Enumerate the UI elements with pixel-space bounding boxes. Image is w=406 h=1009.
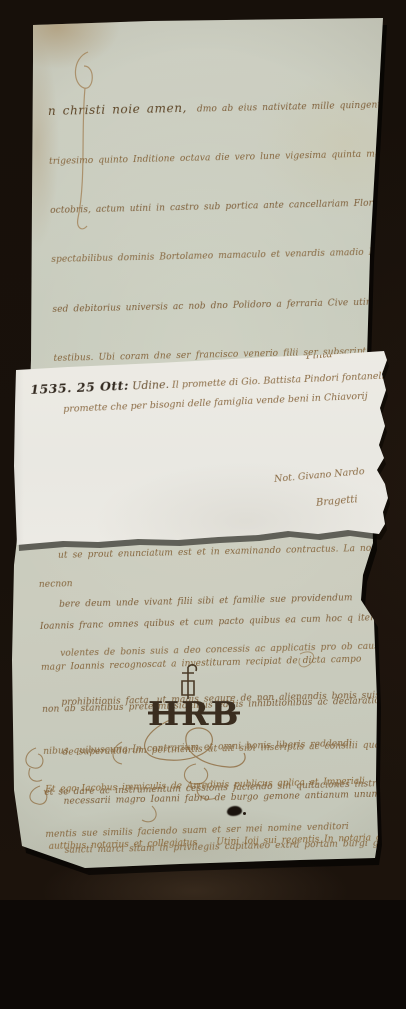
manuscript-line: auttibus notarius et collegiatus Utini I… bbox=[46, 828, 406, 857]
manuscript-line: in dicto confinio a meridie et baldassar… bbox=[66, 884, 406, 900]
notarial-subscription: Et ego Iacobus immiculis de Arredinis pu… bbox=[44, 733, 406, 900]
manuscript-line: sed debitorius universis ac nob dno Poli… bbox=[52, 293, 406, 318]
manuscript-line: n christi noie amen, dmo ab eius nativit… bbox=[48, 94, 406, 121]
manuscript-line: In hanc publicam formam redegi subscrips… bbox=[48, 885, 406, 900]
incipit-text: n christi noie amen, bbox=[48, 101, 187, 118]
manuscript-line: trigesimo quinto Inditione octava die ve… bbox=[49, 146, 406, 171]
paper-slip-overlay: Pinta 1535. 25 Ott: Udine. Il promette d… bbox=[8, 346, 404, 552]
manuscript-line: spectabilibus dominis Bortolameo mamacul… bbox=[51, 244, 406, 269]
manuscript-line: octobris, actum utini in castro sub port… bbox=[50, 195, 406, 220]
manuscript-line: Et ego Iacobus immiculis de Arredinis pu… bbox=[45, 771, 406, 800]
manuscript-line: necnon bbox=[39, 570, 378, 593]
notary-surname: Bragetti bbox=[316, 494, 358, 509]
notary-signature: Not. Givano Nardo bbox=[274, 466, 365, 485]
photo-backdrop: n christi noie amen, dmo ab eius nativit… bbox=[0, 0, 406, 900]
ink-blot-dot bbox=[243, 812, 246, 815]
annotation-summary: Il promette di Gio. Battista Pindori fon… bbox=[172, 370, 391, 391]
manuscript-line: Ioannis franc omnes quibus et cum pacto … bbox=[40, 612, 379, 635]
annotation-place: Udine. bbox=[132, 378, 169, 393]
archival-annotation-line2: promette che per bisogni delle famiglia … bbox=[63, 391, 368, 415]
et-curl-mark bbox=[26, 748, 43, 781]
annotation-date: 1535. 25 Ott: bbox=[30, 378, 129, 397]
monogram-letters: HRB bbox=[148, 694, 241, 733]
